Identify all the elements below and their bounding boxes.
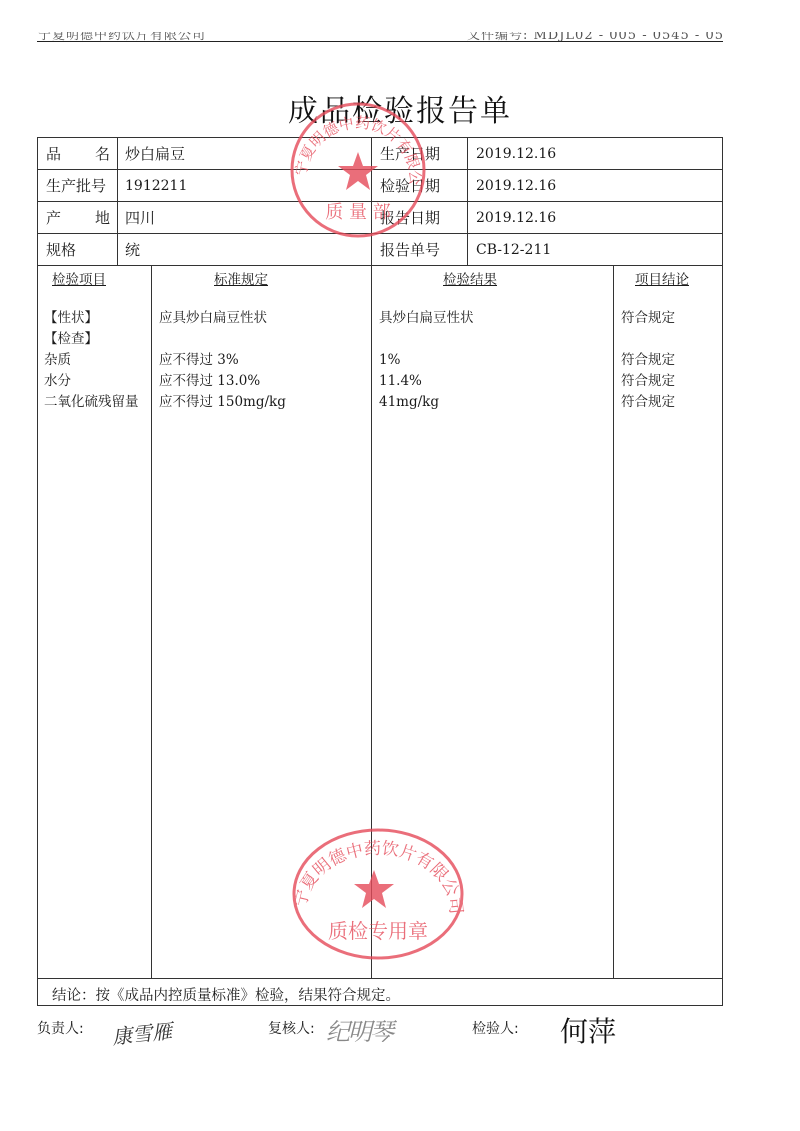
divider <box>117 137 118 265</box>
origin-label: 产 地 <box>46 202 110 234</box>
responsible-label: 负责人: <box>37 1018 84 1038</box>
test-cell-item: 【检查】 <box>44 329 98 350</box>
spec-value: 统 <box>125 234 140 266</box>
report-date-label: 报告日期 <box>380 202 440 234</box>
inspector-label: 检验人: <box>472 1018 519 1038</box>
responsible-signature: 康雪雁 <box>111 1015 174 1050</box>
batch-label: 生产批号 <box>46 170 106 202</box>
test-date-value: 2019.12.16 <box>476 170 556 202</box>
production-date-label: 生产日期 <box>380 138 440 170</box>
reviewer-label: 复核人: <box>268 1018 315 1038</box>
test-cell-standard: 应不得过 3% <box>159 350 239 371</box>
test-cell-result: 1% <box>379 350 400 371</box>
col-header-result: 检验结果 <box>443 268 497 288</box>
test-cell-result: 具炒白扁豆性状 <box>379 308 474 329</box>
reviewer-signature: 纪明琴 <box>326 1012 392 1047</box>
col-header-standard: 标准规定 <box>214 268 268 288</box>
test-cell-conclusion: 符合规定 <box>621 371 675 392</box>
batch-value: 1912211 <box>125 170 187 202</box>
divider <box>467 137 468 265</box>
test-cell-item: 水分 <box>44 371 71 392</box>
divider <box>371 265 372 978</box>
report-date-value: 2019.12.16 <box>476 202 556 234</box>
page-title: 成品检验报告单 <box>0 86 800 130</box>
divider <box>371 137 372 265</box>
test-cell-item: 杂质 <box>44 350 71 371</box>
test-cell-conclusion: 符合规定 <box>621 392 675 413</box>
origin-value: 四川 <box>125 202 155 234</box>
test-cell-result: 41mg/kg <box>379 392 439 413</box>
inspector-signature: 何萍 <box>560 1010 616 1050</box>
product-name-value: 炒白扁豆 <box>125 138 185 170</box>
test-cell-result: 11.4% <box>379 371 422 392</box>
report-number-value: CB-12-211 <box>476 234 551 266</box>
spec-label: 规格 <box>46 234 76 266</box>
test-date-label: 检验日期 <box>380 170 440 202</box>
test-cell-item: 二氧化硫残留量 <box>44 392 139 413</box>
divider <box>37 978 723 979</box>
report-number-label: 报告单号 <box>380 234 440 266</box>
product-name-label: 品 名 <box>46 138 110 170</box>
header-rule <box>37 41 723 42</box>
test-cell-conclusion: 符合规定 <box>621 350 675 371</box>
test-cell-standard: 应具炒白扁豆性状 <box>159 308 267 329</box>
divider <box>613 265 614 978</box>
test-cell-conclusion: 符合规定 <box>621 308 675 329</box>
test-cell-standard: 应不得过 13.0% <box>159 371 260 392</box>
col-header-conclusion: 项目结论 <box>635 268 689 288</box>
conclusion-text: 结论：按《成品内控质量标准》检验，结果符合规定。 <box>52 984 400 1005</box>
test-cell-item: 【性状】 <box>44 308 98 329</box>
col-header-item: 检验项目 <box>52 268 106 288</box>
test-cell-standard: 应不得过 150mg/kg <box>159 392 286 413</box>
report-table <box>37 137 723 1006</box>
production-date-value: 2019.12.16 <box>476 138 556 170</box>
divider <box>151 265 152 978</box>
